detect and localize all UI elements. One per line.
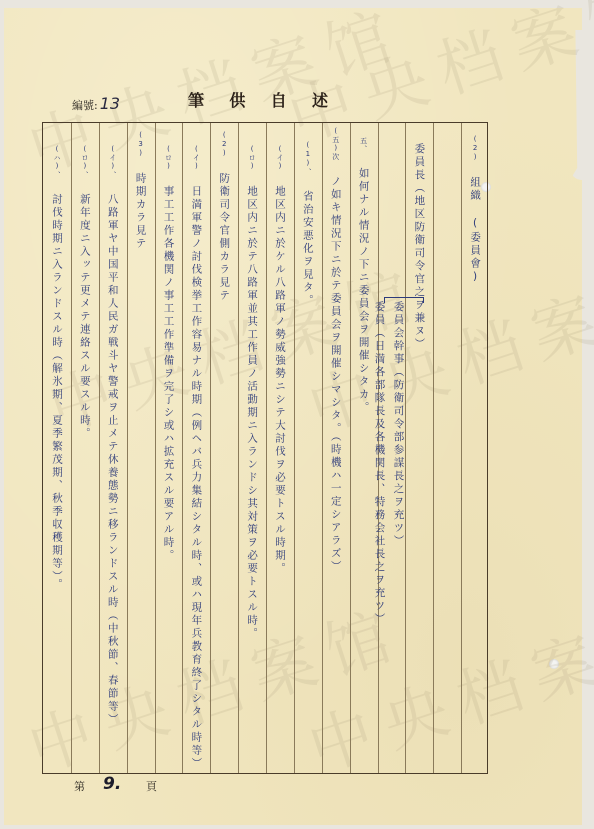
grid-line [210, 123, 211, 773]
manuscript-line: (イ)、 八路軍ヤ中国平和人民ガ戦斗ヤ警戒ヲ止メテ休養態勢ニ移ランドスル時（中秋… [107, 145, 119, 727]
item-text: 地区内ニ於ケル八路軍ノ勢威強勢ニシテ大討伐ヲ必要トスル時期。 [274, 186, 286, 576]
manuscript-line: (ロ) 事工工作各機関ノ事工工作準備ヲ完了シ或ハ拡充スル要アル時。 [162, 145, 174, 563]
manuscript-line: 委員会幹事（防衛司令部参謀長之ヲ充ツ） [392, 301, 404, 548]
grid-line [322, 123, 323, 773]
manuscript-line: (ロ) 地区内ニ於テ八路軍並其工作員ノ活動期ニ入ランドシ其対策ヲ必要トスル時。 [246, 145, 258, 641]
grid-line [294, 123, 295, 773]
page-prefix: 第 [74, 778, 85, 794]
manuscript-line: (3) 時期カラ見テ [135, 131, 147, 251]
page-edge-notch [570, 30, 588, 180]
serial-number: 編號:13 [72, 94, 120, 113]
manuscript-line: 委員（日満各部隊長及各機関長、特務会社長之ヲ充ツ） [373, 301, 385, 626]
item-label: (2) [471, 135, 479, 162]
title-char: 筆 [188, 88, 204, 111]
title-char: 自 [271, 88, 287, 111]
item-text: 委員長（地区防衛司令官之ヲ兼ヌ） [413, 143, 425, 351]
item-text: 省治安悪化ヲ見タ。 [302, 191, 314, 308]
item-text: 如何ナル情況ノ下ニ委員会ヲ開催シタカ。 [358, 168, 370, 415]
manuscript-line: (1)、 省治安悪化ヲ見タ。 [302, 141, 314, 308]
item-label: (五)次 [332, 127, 340, 161]
grid-line [99, 123, 100, 773]
item-text: 組織 (委員會) [469, 177, 481, 286]
item-text: 事工工作各機関ノ事工工作準備ヲ完了シ或ハ拡充スル要アル時。 [162, 186, 174, 563]
title-char: 供 [229, 88, 245, 111]
manuscript-line: 委員長（地区防衛司令官之ヲ兼ヌ） [413, 143, 425, 351]
serial-label: 編號: [72, 99, 98, 112]
page-suffix: 頁 [146, 778, 157, 794]
item-label: 五、 [360, 137, 368, 153]
item-text: ノ如キ情況下ニ於テ委員会ヲ開催シマシタ。（時機ハ一定シアラズ） [330, 176, 342, 574]
item-label: (イ)、 [109, 145, 117, 179]
item-label: (ロ) [164, 145, 172, 171]
manuscript-line: (イ) 地区内ニ於ケル八路軍ノ勢威強勢ニシテ大討伐ヲ必要トスル時期。 [274, 145, 286, 576]
manuscript-line: (ハ)、 討伐時期ニ入ランドスル時（解氷期、夏季繁茂期、秋季収穫期等）。 [51, 145, 63, 591]
item-label: (イ) [276, 145, 284, 171]
manuscript-line: (ロ)、 新年度ニ入ッテ更メテ連絡スル要スル時。 [79, 145, 91, 441]
manuscript-grid: (2) 組織 (委員會) 委員長（地区防衛司令官之ヲ兼ヌ） 委員会幹事（防衛司令… [42, 122, 488, 774]
punch-hole [549, 659, 559, 669]
item-text: 委員（日満各部隊長及各機関長、特務会社長之ヲ充ツ） [373, 301, 385, 626]
manuscript-line: (イ) 日満軍警ノ討伐検挙工作容易ナル時期（例ヘバ兵力集結シタル時、或ハ現年兵教… [190, 145, 202, 771]
item-label: (ハ)、 [53, 145, 61, 179]
item-text: 日満軍警ノ討伐検挙工作容易ナル時期（例ヘバ兵力集結シタル時、或ハ現年兵教育終了シ… [190, 186, 202, 771]
item-text: 新年度ニ入ッテ更メテ連絡スル要スル時。 [79, 194, 91, 441]
grid-line [238, 123, 239, 773]
grid-line [155, 123, 156, 773]
manuscript-line: (2) 組織 (委員會) [469, 135, 481, 285]
manuscript-line: (五)次 ノ如キ情況下ニ於テ委員会ヲ開催シマシタ。（時機ハ一定シアラズ） [330, 127, 342, 573]
item-text: 委員会幹事（防衛司令部参謀長之ヲ充ツ） [392, 301, 404, 548]
item-label: (2) [220, 131, 228, 158]
item-text: 防衛司令官側カラ見テ [218, 173, 230, 303]
item-text: 地区内ニ於テ八路軍並其工作員ノ活動期ニ入ランドシ其対策ヲ必要トスル時。 [246, 186, 258, 641]
grid-line [266, 123, 267, 773]
item-text: 時期カラ見テ [135, 173, 147, 251]
org-chart-connector-tick [423, 297, 424, 303]
item-label: (ロ)、 [81, 145, 89, 179]
org-chart-connector-tick [384, 297, 385, 303]
item-label: (1)、 [304, 141, 312, 176]
item-label: (イ) [192, 145, 200, 171]
grid-line [127, 123, 128, 773]
item-label: (ロ) [248, 145, 256, 171]
grid-line [405, 123, 406, 773]
page-number: 9. [103, 774, 121, 794]
item-text: 討伐時期ニ入ランドスル時（解氷期、夏季繁茂期、秋季収穫期等）。 [51, 194, 63, 592]
grid-line [350, 123, 351, 773]
grid-line [71, 123, 72, 773]
title-char: 述 [312, 88, 328, 111]
org-chart-connector [384, 297, 424, 298]
page-title: 筆 供 自 述 [188, 88, 328, 111]
grid-line [461, 123, 462, 773]
manuscript-line: (2) 防衛司令官側カラ見テ [218, 131, 230, 303]
item-text: 八路軍ヤ中国平和人民ガ戦斗ヤ警戒ヲ止メテ休養態勢ニ移ランドスル時（中秋節、春節等… [107, 194, 119, 727]
grid-line [182, 123, 183, 773]
grid-line [433, 123, 434, 773]
manuscript-line: 五、 如何ナル情況ノ下ニ委員会ヲ開催シタカ。 [358, 137, 370, 415]
serial-value: 13 [100, 94, 120, 113]
item-label: (3) [137, 131, 145, 158]
